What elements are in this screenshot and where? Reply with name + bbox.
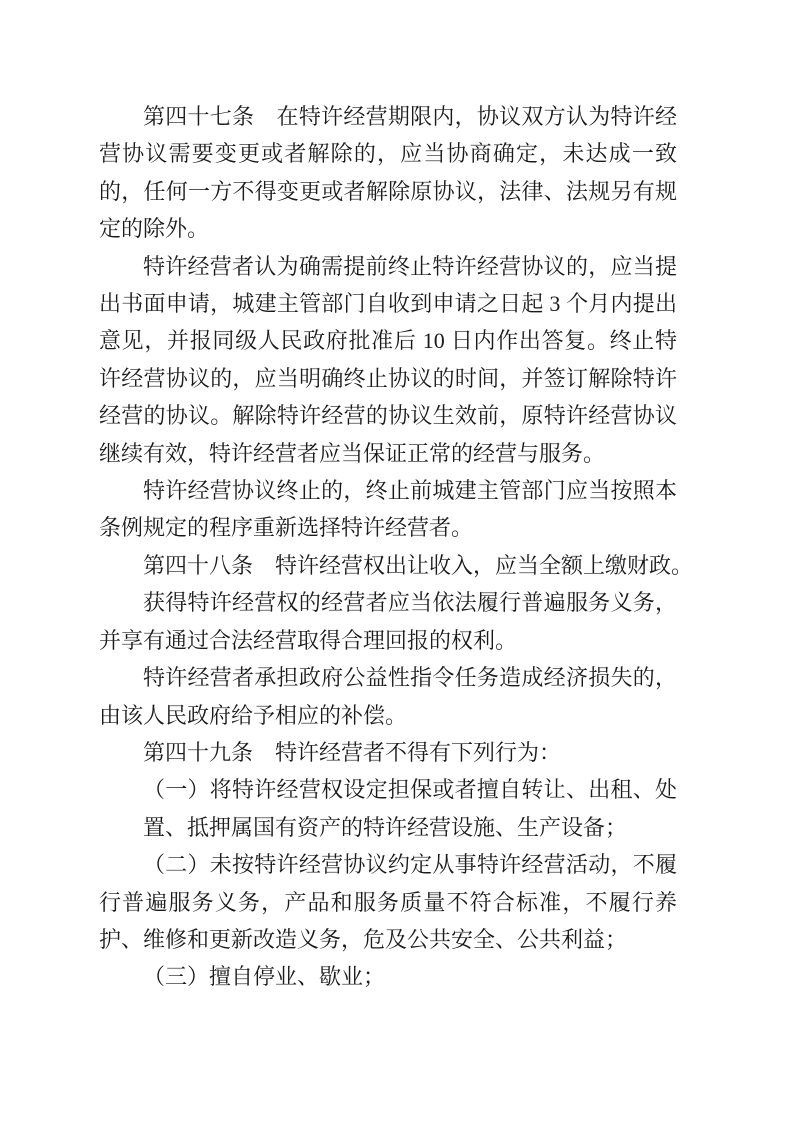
article-49-heading: 第四十九条 特许经营者不得有下列行为： — [99, 734, 677, 771]
article-49-item-2: （二）未按特许经营协议约定从事特许经营活动，不履行普遍服务义务，产品和服务质量不… — [99, 846, 677, 958]
article-47-paragraph-3: 特许经营协议终止的，终止前城建主管部门应当按照本条例规定的程序重新选择特许经营者… — [99, 472, 677, 547]
article-47-paragraph-1: 第四十七条 在特许经营期限内，协议双方认为特许经营协议需要变更或者解除的，应当协… — [99, 98, 677, 248]
article-49-item-1: （一）将特许经营权设定担保或者擅自转让、出租、处置、抵押属国有资产的特许经营设施… — [143, 771, 677, 846]
document-page: 第四十七条 在特许经营期限内，协议双方认为特许经营协议需要变更或者解除的，应当协… — [0, 0, 793, 1122]
article-47-paragraph-2: 特许经营者认为确需提前终止特许经营协议的，应当提出书面申请，城建主管部门自收到申… — [99, 248, 677, 472]
article-48-paragraph-3: 特许经营者承担政府公益性指令任务造成经济损失的，由该人民政府给予相应的补偿。 — [99, 659, 677, 734]
document-text-block: 第四十七条 在特许经营期限内，协议双方认为特许经营协议需要变更或者解除的，应当协… — [99, 98, 677, 996]
article-49-item-3: （三）擅自停业、歇业； — [99, 958, 677, 995]
article-48-paragraph-2: 获得特许经营权的经营者应当依法履行普遍服务义务，并享有通过合法经营取得合理回报的… — [99, 584, 677, 659]
article-48-paragraph-1: 第四十八条 特许经营权出让收入，应当全额上缴财政。 — [99, 547, 677, 584]
